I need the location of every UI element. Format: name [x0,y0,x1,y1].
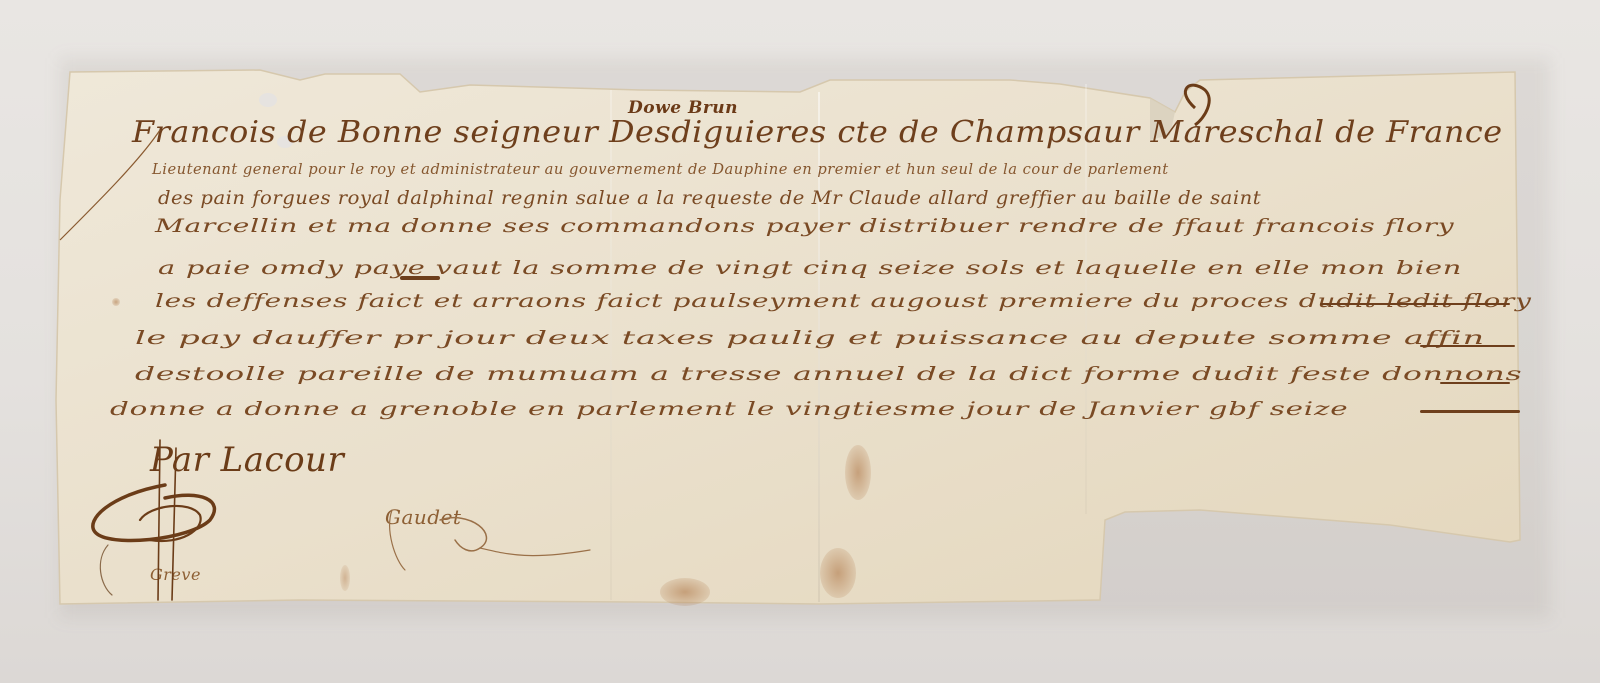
line-filler-stroke [1320,303,1510,305]
signature-par-lacour: Par Lacour [150,440,344,480]
text-line-4: Marcellin et ma donne ses commandons pay… [155,215,1454,237]
text-line-9: donne a donne a grenoble en parlement le… [110,398,1348,420]
text-line-3: des pain forgues royal dalphinal regnin … [158,187,1261,209]
line-filler-stroke [1440,382,1510,384]
text-line-5: a paie omdy paye vaut la somme de vingt … [158,257,1462,279]
text-line-1: Francois de Bonne seigneur Desdiguieres … [132,115,1503,150]
text-line-8: destoolle pareille de mumuam a tresse an… [135,363,1522,385]
line-filler-stroke [1420,345,1515,347]
text-line-2: Lieutenant general pour le roy et admini… [152,160,1169,178]
line-filler-stroke [400,276,440,280]
signature-flourish-mark: Greve [150,565,201,584]
stain-mark [340,565,350,591]
line-filler-stroke [1420,410,1520,413]
signature-gaudet: Gaudet [385,505,461,529]
stain-mark [660,578,710,606]
text-line-7: le pay dauffer pr jour deux taxes paulig… [135,327,1485,349]
stain-mark [820,548,856,598]
stain-mark [845,445,871,500]
manuscript-parchment: Dowe Brun Francois de Bonne seigneur Des… [0,0,1600,683]
stain-mark [112,298,120,306]
text-line-6: les deffenses faict et arraons faict pau… [155,290,1532,312]
